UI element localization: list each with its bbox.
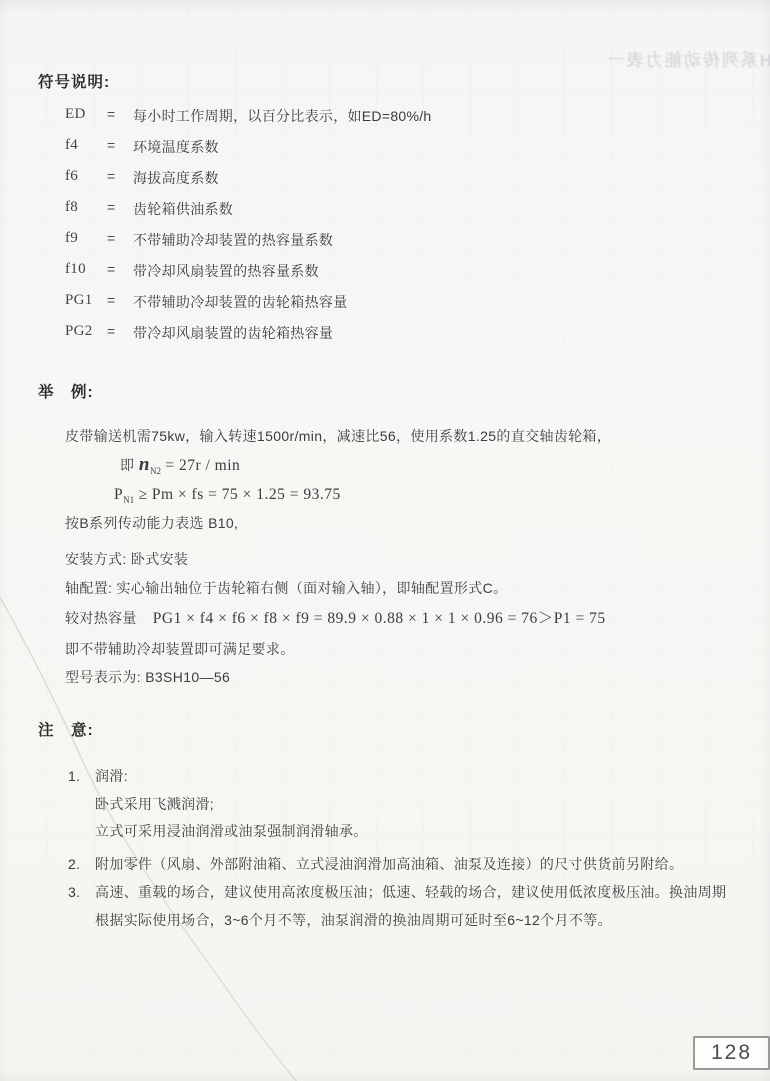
heat-capacity-label: 较对热容量	[65, 608, 137, 628]
series-selection-line: 按B系列传动能力表选 B10,	[65, 513, 238, 533]
symbol-row-ed: ED = 每小时工作周期，以百分比表示，如ED=80%/h	[65, 106, 432, 137]
note-number: 2.	[68, 854, 95, 874]
example-heading: 举 例:	[38, 380, 94, 402]
symbol-list: ED = 每小时工作周期，以百分比表示，如ED=80%/h f4 = 环境温度系…	[65, 106, 432, 354]
formula-prefix: 即	[120, 457, 135, 473]
note-number: 3.	[68, 882, 95, 902]
symbol-description: 不带辅助冷却装置的热容量系数	[133, 230, 333, 250]
conclusion-line: 即不带辅助冷却装置即可满足要求。	[65, 639, 295, 659]
note-item-1-line-3: 立式可采用浸油润滑或油泵强制润滑轴承。	[95, 821, 368, 841]
equals-sign: =	[107, 323, 133, 339]
notes-heading: 注 意:	[38, 718, 94, 740]
symbol-description: 带冷却风扇装置的齿轮箱热容量	[133, 323, 333, 343]
symbol-row-pg2: PG2 = 带冷却风扇装置的齿轮箱热容量	[65, 323, 432, 354]
formula-rest: = 27r / min	[165, 457, 240, 474]
symbol-row-f10: f10 = 带冷却风扇装置的热容量系数	[65, 261, 432, 292]
heat-capacity-formula: PG1 × f4 × f6 × f8 × f9 = 89.9 × 0.88 × …	[153, 609, 606, 629]
symbol-description: 齿轮箱供油系数	[133, 199, 233, 219]
formula-variable-p: P	[114, 486, 123, 503]
symbol-name: f8	[65, 199, 107, 216]
equals-sign: =	[107, 168, 133, 184]
symbol-description: 带冷却风扇装置的热容量系数	[133, 261, 319, 281]
formula-subscript: N2	[150, 466, 161, 476]
note-text: 润滑:	[95, 766, 128, 786]
equals-sign: =	[107, 106, 133, 122]
speed-formula-line: 即 nN2 = 27r / min	[120, 455, 240, 481]
note-text: 高速、重载的场合，建议使用高浓度极压油；低速、轻载的场合，建议使用低浓度极压油。…	[95, 882, 726, 902]
symbol-name: f6	[65, 168, 107, 185]
equals-sign: =	[107, 292, 133, 308]
note-item-1: 1. 润滑:	[68, 766, 128, 786]
symbol-name: ED	[65, 106, 107, 123]
symbol-row-pg1: PG1 = 不带辅助冷却装置的齿轮箱热容量	[65, 292, 432, 323]
symbols-heading: 符号说明:	[38, 70, 110, 92]
equals-sign: =	[107, 137, 133, 153]
equals-sign: =	[107, 261, 133, 277]
symbol-description: 不带辅助冷却装置的齿轮箱热容量	[133, 292, 348, 312]
page-number: 128	[711, 1041, 752, 1065]
formula-rest: ≥ Pm × fs = 75 × 1.25 = 93.75	[139, 486, 341, 503]
showthrough-mirrored-title: H系列传动能力表一	[540, 46, 770, 71]
scanned-document-page: H系列传动能力表一 符号说明: ED = 每小时工作周期，以百分比表示，如ED=…	[0, 0, 770, 1081]
shaft-config-line: 轴配置: 实心输出轴位于齿轮箱右侧（面对输入轴），即轴配置形式C。	[65, 578, 507, 598]
example-intro-line: 皮带输送机需75kw，输入转速1500r/min，减速比56，使用系数1.25的…	[65, 426, 611, 446]
symbol-description: 海拔高度系数	[133, 168, 219, 188]
equals-sign: =	[107, 199, 133, 215]
model-designation-line: 型号表示为: B3SH10—56	[65, 667, 230, 687]
symbol-description: 每小时工作周期，以百分比表示，如ED=80%/h	[133, 106, 432, 126]
symbol-row-f6: f6 = 海拔高度系数	[65, 168, 432, 199]
symbol-name: f9	[65, 230, 107, 247]
page-number-box: 128	[693, 1036, 770, 1070]
symbol-name: f10	[65, 261, 107, 278]
equals-sign: =	[107, 230, 133, 246]
power-formula-line: PN1 ≥ Pm × fs = 75 × 1.25 = 93.75	[114, 485, 341, 510]
note-item-1-line-2: 卧式采用飞溅润滑;	[95, 794, 214, 814]
symbol-row-f4: f4 = 环境温度系数	[65, 137, 432, 168]
note-number: 1.	[68, 766, 95, 786]
symbol-name: PG1	[65, 292, 107, 309]
symbol-name: PG2	[65, 323, 107, 340]
symbol-name: f4	[65, 137, 107, 154]
symbol-row-f8: f8 = 齿轮箱供油系数	[65, 199, 432, 230]
note-item-3: 3. 高速、重载的场合，建议使用高浓度极压油；低速、轻载的场合，建议使用低浓度极…	[68, 882, 726, 902]
formula-subscript: N1	[123, 495, 134, 505]
symbol-row-f9: f9 = 不带辅助冷却装置的热容量系数	[65, 230, 432, 261]
note-text: 附加零件（风扇、外部附油箱、立式浸油润滑加高油箱、油泵及连接）的尺寸供货前另附给…	[95, 854, 683, 874]
symbol-description: 环境温度系数	[133, 137, 219, 157]
note-item-3-line-2: 根据实际使用场合，3~6个月不等，油泵润滑的换油周期可延时至6~12个月不等。	[95, 910, 612, 930]
heat-capacity-line: 较对热容量 PG1 × f4 × f6 × f8 × f9 = 89.9 × 0…	[65, 608, 606, 629]
note-item-2: 2. 附加零件（风扇、外部附油箱、立式浸油润滑加高油箱、油泵及连接）的尺寸供货前…	[68, 854, 683, 874]
formula-variable-n: n	[139, 454, 150, 475]
mounting-line: 安装方式: 卧式安装	[65, 549, 188, 569]
